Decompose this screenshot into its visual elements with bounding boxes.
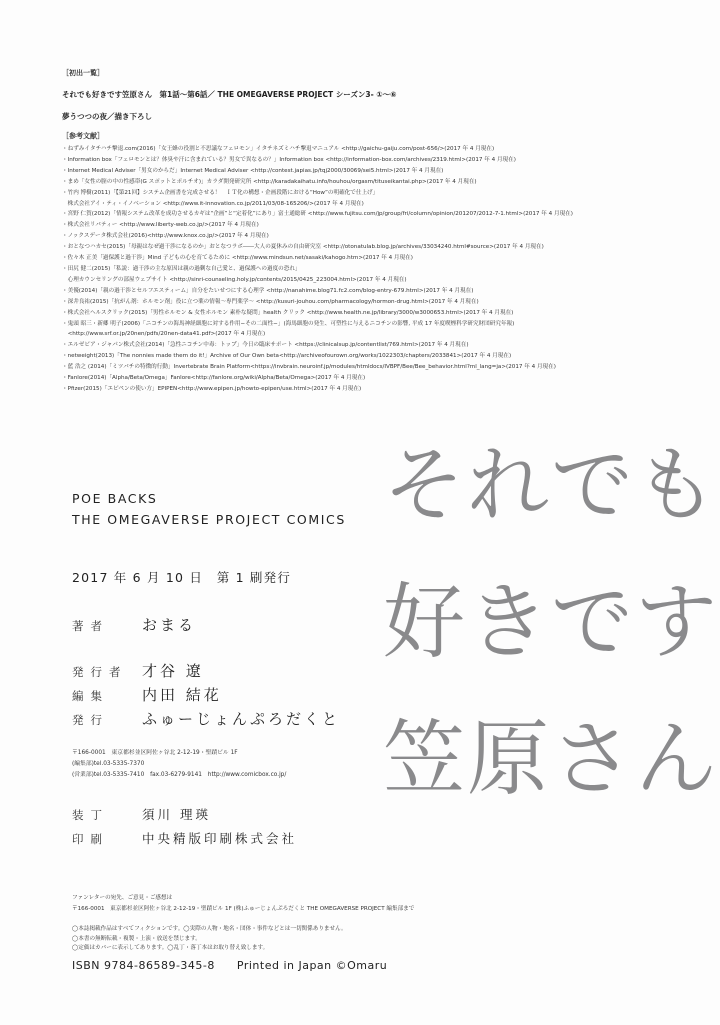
reference-item: ・Fanlore(2014)「Alpha/Beta/Omega」Fanlore<…	[62, 373, 702, 384]
publisher-address: 〒166-0001 東京都杉並区阿佐ヶ谷北 2-12-19・聖蹟ビル 1F (編…	[72, 748, 286, 781]
credit-value: 中央精版印刷株式会社	[142, 829, 297, 847]
title-line: 笠原さん	[383, 719, 720, 801]
credit-label: 著者	[72, 618, 142, 634]
credit-label: 編集	[72, 688, 142, 704]
credit-label: 印刷	[72, 831, 142, 847]
address-line: (営業部)tel.03-5335-7410 fax.03-6279-9141 h…	[72, 770, 286, 781]
fan-letter-line: 〒166-0001 東京都杉並区阿佐ヶ谷北 2-12-19・聖蹟ビル 1F (株…	[72, 904, 414, 915]
reference-item: ・深井良祐(2015)「抗がん剤：ホルモン剤」役に立つ薬の情報〜専門薬学〜 <h…	[62, 297, 702, 308]
series-name: POE BACKS THE OMEGAVERSE PROJECT COMICS	[72, 488, 346, 530]
credit-value: 才谷 遼	[142, 660, 204, 681]
reference-item: ・Internet Medical Adviser「男女のからだ」Interne…	[62, 166, 702, 177]
isbn-line: ISBN 9784-86589-345-8Printed in Japan ©O…	[72, 959, 387, 972]
reference-item: ・佐々木 正美「過保護と過干渉」Mind 子どもの心を育てるために <http:…	[62, 253, 702, 264]
publication-date: 2017 年 6 月 10 日 第 1 刷発行	[72, 568, 291, 586]
reference-item: ・netweight(2013)「The nonnies made them d…	[62, 351, 702, 362]
reference-item: <http://www.srf.or.jp/20nen/pdfs/20nen-d…	[62, 329, 702, 340]
reference-item: ・ノックスデータ株式会社(2016)<http://www.knox.co.jp…	[62, 231, 702, 242]
isbn: ISBN 9784-86589-345-8	[72, 959, 215, 972]
credit-value: おまる	[142, 614, 196, 635]
reference-item: ・田尻 健二(2015)「私説：過干渉の主な原因は親の過剰な自己愛と、過保護への…	[62, 264, 702, 275]
legal-note: ◯本誌掲載作品はすべてフィクションです。◯実際の人物・地名・団体・事件などとは一…	[72, 925, 347, 935]
references-heading: ［参考文献］	[62, 131, 702, 141]
reference-item: 株式会社アイ・ティ・イノベーション <http://www.it-innovat…	[62, 199, 702, 210]
reference-item: ・まめ「女性の膣の中の性感帯(G スポットとポルチオ)」カラダ開発研究所 <ht…	[62, 177, 702, 188]
credit-label: 発行者	[72, 664, 142, 680]
series-title: THE OMEGAVERSE PROJECT COMICS	[72, 509, 346, 530]
address-line: 〒166-0001 東京都杉並区阿佐ヶ谷北 2-12-19・聖蹟ビル 1F	[72, 748, 286, 759]
credit-label: 発行	[72, 712, 142, 728]
credit-label: 装丁	[72, 807, 142, 823]
reference-item: ・エルゼビア・ジャパン株式会社(2014)「急性ニコチン中毒：トップ」今日の臨床…	[62, 340, 702, 351]
credit-value: ふゅーじょんぷろだくと	[142, 708, 340, 729]
printed-in: Printed in Japan ©Omaru	[237, 959, 387, 972]
title-line: それでも	[383, 445, 720, 527]
reference-item: ・美優(2014)「親の過干渉とセルフエスティーム」自分をたいせつにする心理学 …	[62, 286, 702, 297]
first-publication-line: それでも好きです笠原さん 第1話〜第6話／ THE OMEGAVERSE PRO…	[62, 89, 682, 100]
production-credits: 装丁 須川 理瑛 印刷 中央精版印刷株式会社	[72, 805, 297, 853]
first-publication-heading: ［初出一覧］	[62, 68, 682, 78]
reference-item: 心理カウンセリングの部屋ウェブサイト <http://sinri-counsel…	[62, 275, 702, 286]
reference-item: ・藍 浩之 (2014)「ミツバチの特徴的行動」Invertebrate Bra…	[62, 362, 702, 373]
first-publication-line: 夢うつつの夜／描き下ろし	[62, 111, 682, 122]
series-imprint: POE BACKS	[72, 488, 346, 509]
reference-item: ・宮野 仁賀(2012)「情報システム改革を成功させるカギは“企画”と“定着化”…	[62, 209, 702, 220]
reference-item: ・鬼頭 昭三・新郷 明子(2006)「ニコチンの海馬神経細胞に対する作用−その二…	[62, 319, 702, 330]
references-section: ［参考文献］ ・ねずみイタチハチ撃退.com(2016)「女王蜂の役割と不思議な…	[62, 131, 702, 395]
first-publication-section: ［初出一覧］ それでも好きです笠原さん 第1話〜第6話／ THE OMEGAVE…	[62, 68, 682, 133]
fan-letter-info: ファンレターの宛先、ご意見・ご感想は 〒166-0001 東京都杉並区阿佐ヶ谷北…	[72, 893, 414, 915]
address-line: (編集部)tel.03-5335-7370	[72, 759, 286, 770]
reference-item: ・株式会社ヘルスクリック(2015)「男性ホルモン & 女性ホルモン 素朴な疑問…	[62, 308, 702, 319]
credit-value: 内田 結花	[142, 684, 222, 705]
legal-note: ◯定価はカバーに表示してあります。◯乱丁・落丁本はお取り替え致します。	[72, 944, 347, 954]
staff-credits: 発行者 才谷 遼 編集 内田 結花 発行 ふゅーじょんぷろだくと	[72, 660, 340, 732]
reference-item: ・株式会社リバティー <http://www.liberty-web.co.jp…	[62, 220, 702, 231]
reference-item: ・Pfizer(2015)「エピペンの使い方」EPIPEN<http://www…	[62, 384, 702, 395]
reference-item: ・おとなつハカセ(2015)「母親はなぜ過干渉になるのか」おとなつラボ――大人の…	[62, 242, 702, 253]
credit-value: 須川 理瑛	[142, 805, 211, 823]
author-credit: 著者 おまる	[72, 614, 196, 638]
fan-letter-line: ファンレターの宛先、ご意見・ご感想は	[72, 893, 414, 904]
reference-item: ・竹内 博樹(2011)「【第21回】システム企画書を完成させる！ ＩＴ化の構想…	[62, 188, 702, 199]
legal-note: ◯本書の無断転載・複製・上演・放送を禁じます。	[72, 935, 347, 945]
legal-notes: ◯本誌掲載作品はすべてフィクションです。◯実際の人物・地名・団体・事件などとは一…	[72, 925, 347, 954]
reference-item: ・Information box「フェロモンとは？体臭や汗に含まれている？男女で…	[62, 155, 702, 166]
book-title: それでも 好きです 笠原さん	[383, 445, 720, 856]
title-line: 好きです	[383, 582, 720, 664]
reference-item: ・ねずみイタチハチ撃退.com(2016)「女王蜂の役割と不思議なフェロモン」イ…	[62, 144, 702, 155]
